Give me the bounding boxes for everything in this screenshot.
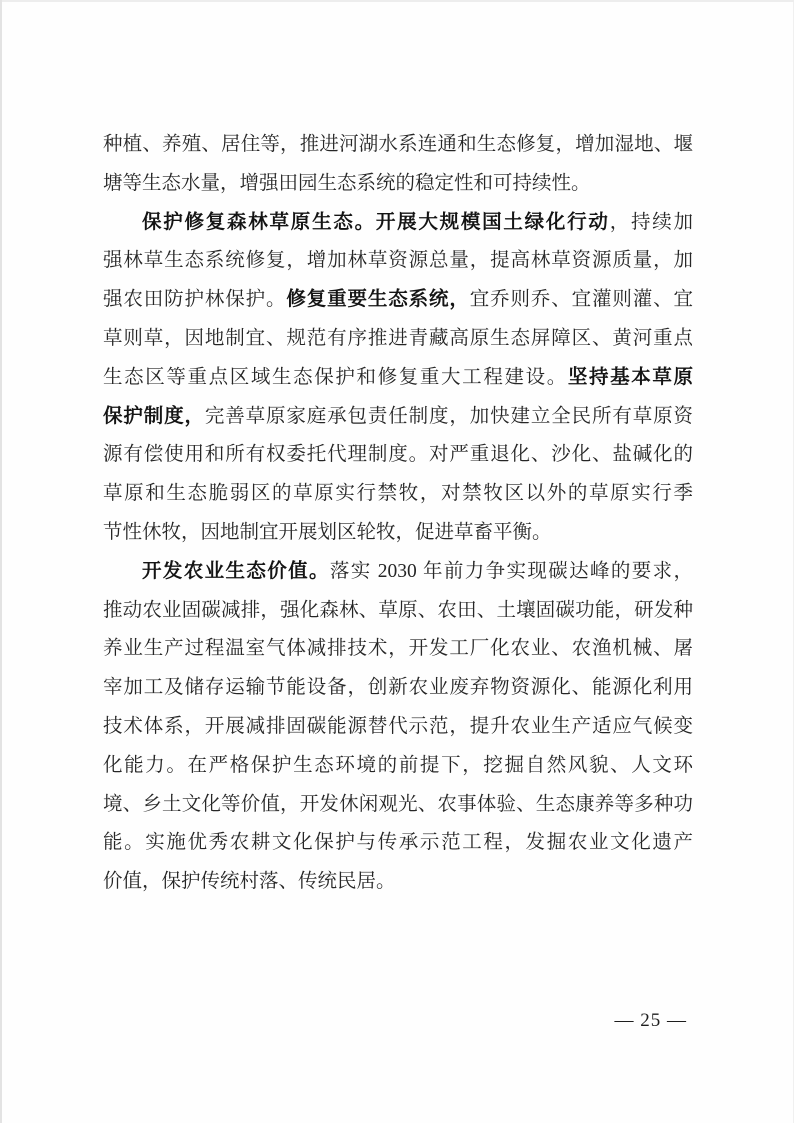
text-line: 开发农业生态价值。落实 2030 年前力争实现碳达峰的要求，	[103, 553, 693, 592]
text-line: 生态区等重点区域生态保护和修复重大工程建设。坚持基本草原	[103, 359, 693, 398]
document-page: 种植、养殖、居住等，推进河湖水系连通和生态修复，增加湿地、堰塘等生态水量，增强田…	[0, 0, 794, 1123]
page-number: — 25 —	[615, 1010, 688, 1031]
text-line: 源有偿使用和所有权委托代理制度。对严重退化、沙化、盐碱化的	[103, 436, 693, 475]
text-line: 推动农业固碳减排，强化森林、草原、农田、土壤固碳功能，研发种	[103, 592, 693, 631]
text-segment: 境、乡土文化等价值，开发休闲观光、农事体验、生态康养等多种功	[103, 794, 693, 815]
text-segment: 源有偿使用和所有权委托代理制度。对严重退化、沙化、盐碱化的	[103, 444, 693, 465]
bold-text-segment: 保护制度，	[103, 406, 205, 427]
text-line: 价值，保护传统村落、传统民居。	[103, 863, 693, 902]
text-line: 技术体系，开展减排固碳能源替代示范，提升农业生产适应气候变	[103, 708, 693, 747]
text-block: 种植、养殖、居住等，推进河湖水系连通和生态修复，增加湿地、堰塘等生态水量，增强田…	[103, 126, 693, 902]
text-segment: 强农田防护林保护。	[103, 289, 286, 310]
text-segment: 强林草生态系统修复，增加林草资源总量，提高林草资源质量，加	[103, 250, 693, 271]
text-segment: 价值，保护传统村落、传统民居。	[103, 871, 396, 892]
text-line: 节性休牧，因地制宜开展划区轮牧，促进草畜平衡。	[103, 514, 693, 553]
text-line: 养业生产过程温室气体减排技术，开发工厂化农业、农渔机械、屠	[103, 630, 693, 669]
text-segment: 草原和生态脆弱区的草原实行禁牧，对禁牧区以外的草原实行季	[103, 483, 693, 504]
text-segment: 宰加工及储存运输节能设备，创新农业废弃物资源化、能源化利用	[103, 677, 693, 698]
text-line: 宰加工及储存运输节能设备，创新农业废弃物资源化、能源化利用	[103, 669, 693, 708]
text-line: 能。实施优秀农耕文化保护与传承示范工程，发掘农业文化遗产	[103, 824, 693, 863]
text-segment: 能。实施优秀农耕文化保护与传承示范工程，发掘农业文化遗产	[103, 832, 693, 853]
text-line: 保护制度，完善草原家庭承包责任制度，加快建立全民所有草原资	[103, 398, 693, 437]
text-segment: 落实 2030 年前力争实现碳达峰的要求，	[330, 561, 693, 582]
text-segment: 技术体系，开展减排固碳能源替代示范，提升农业生产适应气候变	[103, 716, 693, 737]
bold-text-segment: 修复重要生态系统，	[286, 289, 469, 310]
text-segment: 宜乔则乔、宜灌则灌、宜	[470, 289, 693, 310]
text-segment: 生态区等重点区域生态保护和修复重大工程建设。	[103, 367, 568, 388]
text-segment: 塘等生态水量，增强田园生态系统的稳定性和可持续性。	[103, 173, 591, 194]
text-segment: 推动农业固碳减排，强化森林、草原、农田、土壤固碳功能，研发种	[103, 600, 693, 621]
text-line: 化能力。在严格保护生态环境的前提下，挖掘自然风貌、人文环	[103, 747, 693, 786]
bold-text-segment: 开发农业生态价值。	[142, 561, 330, 582]
text-line: 强林草生态系统修复，增加林草资源总量，提高林草资源质量，加	[103, 242, 693, 281]
page-footer: — 25 —	[103, 1001, 693, 1040]
text-line: 草原和生态脆弱区的草原实行禁牧，对禁牧区以外的草原实行季	[103, 475, 693, 514]
text-segment: 种植、养殖、居住等，推进河湖水系连通和生态修复，增加湿地、堰	[103, 134, 693, 155]
text-line: 保护修复森林草原生态。开展大规模国土绿化行动，持续加	[103, 204, 693, 243]
bold-text-segment: 坚持基本草原	[568, 367, 693, 388]
text-line: 种植、养殖、居住等，推进河湖水系连通和生态修复，增加湿地、堰	[103, 126, 693, 165]
text-segment: 养业生产过程温室气体减排技术，开发工厂化农业、农渔机械、屠	[103, 638, 693, 659]
text-line: 塘等生态水量，增强田园生态系统的稳定性和可持续性。	[103, 165, 693, 204]
bold-text-segment: 保护修复森林草原生态。开展大规模国土绿化行动	[142, 212, 610, 233]
text-line: 强农田防护林保护。修复重要生态系统，宜乔则乔、宜灌则灌、宜	[103, 281, 693, 320]
text-segment: 化能力。在严格保护生态环境的前提下，挖掘自然风貌、人文环	[103, 755, 693, 776]
text-segment: ，持续加	[610, 212, 693, 233]
text-line: 境、乡土文化等价值，开发休闲观光、农事体验、生态康养等多种功	[103, 786, 693, 825]
text-segment: 节性休牧，因地制宜开展划区轮牧，促进草畜平衡。	[103, 522, 552, 543]
text-segment: 草则草，因地制宜、规范有序推进青藏高原生态屏障区、黄河重点	[103, 328, 693, 349]
text-segment: 完善草原家庭承包责任制度，加快建立全民所有草原资	[205, 406, 693, 427]
text-line: 草则草，因地制宜、规范有序推进青藏高原生态屏障区、黄河重点	[103, 320, 693, 359]
